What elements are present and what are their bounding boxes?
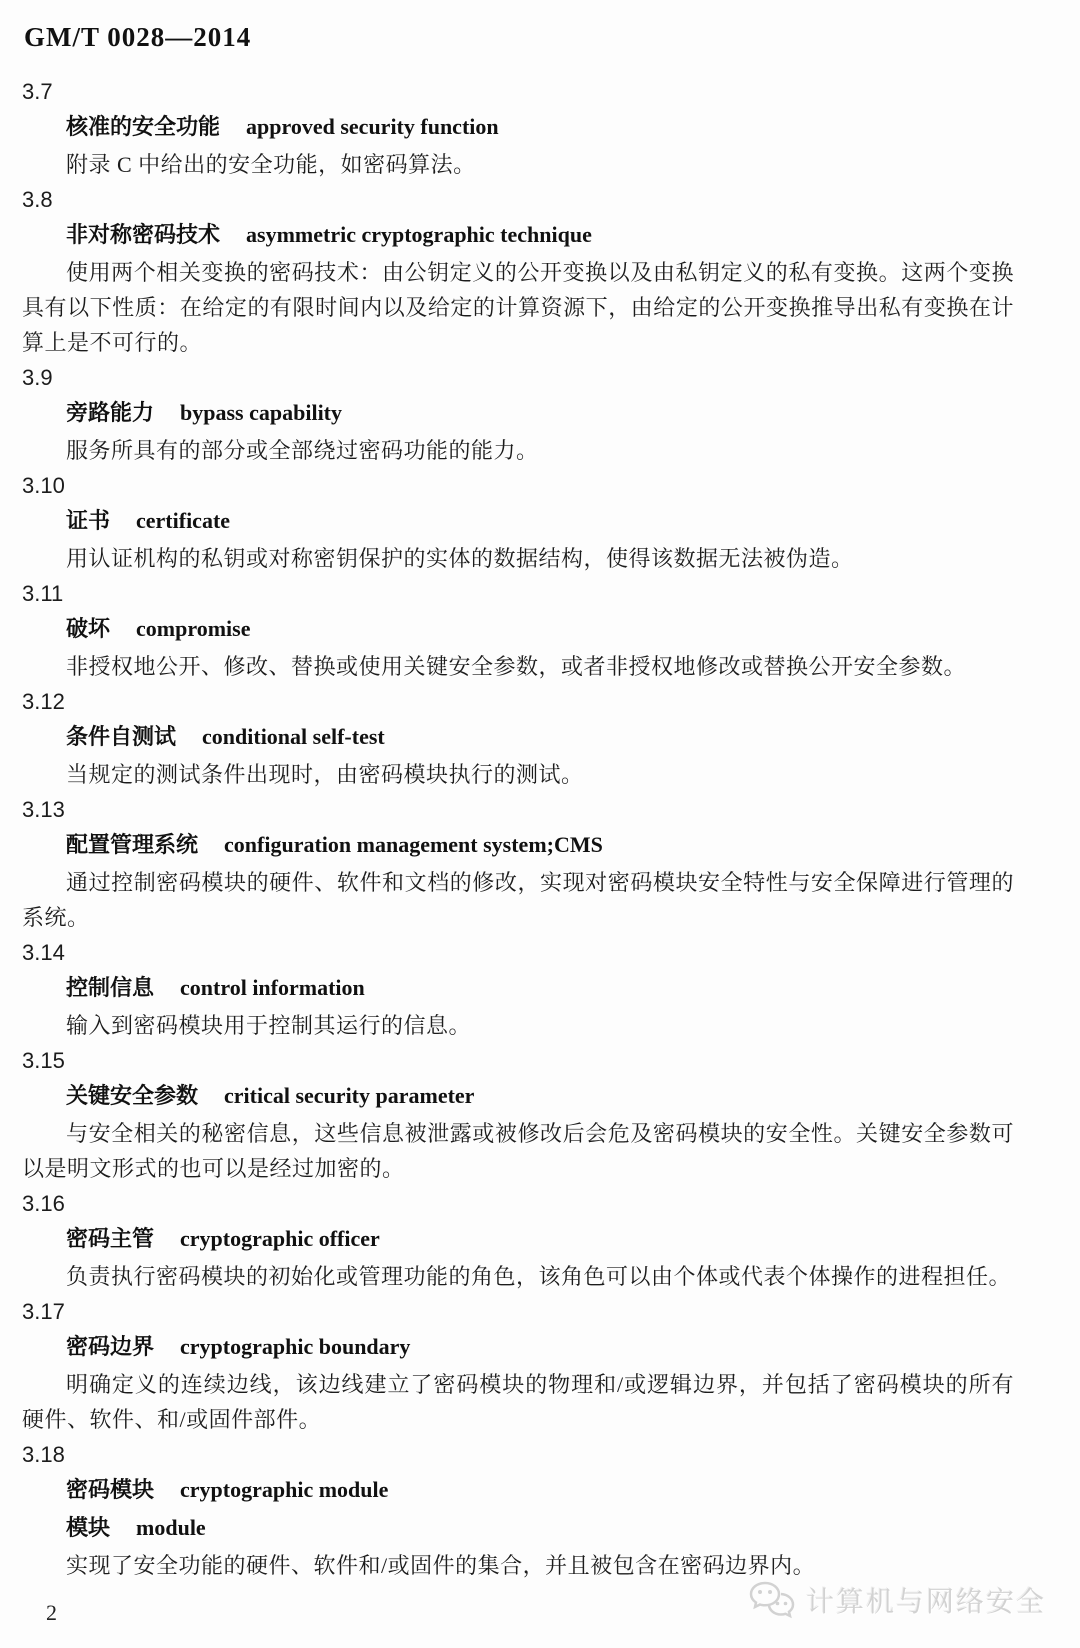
terms-and-definitions-list: 3.7核准的安全功能approved security function附录 C…: [22, 74, 1014, 1583]
term-english: certificate: [136, 508, 230, 533]
term-definition: 负责执行密码模块的初始化或管理功能的角色，该角色可以由个体或代表个体操作的进程担…: [22, 1259, 1014, 1294]
term-definition: 输入到密码模块用于控制其运行的信息。: [22, 1008, 1014, 1043]
term-chinese: 关键安全参数: [66, 1083, 198, 1108]
section-number: 3.14: [22, 935, 1014, 970]
term-line: 条件自测试conditional self-test: [22, 719, 1014, 757]
term-section: 3.9旁路能力bypass capability服务所具有的部分或全部绕过密码功…: [22, 360, 1014, 468]
section-number: 3.12: [22, 684, 1014, 719]
term-line: 配置管理系统configuration management system;CM…: [22, 827, 1014, 865]
term-section: 3.15关键安全参数critical security parameter与安全…: [22, 1043, 1014, 1186]
term-section: 3.13配置管理系统configuration management syste…: [22, 792, 1014, 935]
term-section: 3.12条件自测试conditional self-test当规定的测试条件出现…: [22, 684, 1014, 792]
section-number: 3.17: [22, 1294, 1014, 1329]
section-number: 3.13: [22, 792, 1014, 827]
term-definition: 实现了安全功能的硬件、软件和/或固件的集合，并且被包含在密码边界内。: [22, 1548, 1014, 1583]
term-line: 密码主管cryptographic officer: [22, 1221, 1014, 1259]
term-chinese: 密码边界: [66, 1334, 154, 1359]
term-chinese: 模块: [66, 1515, 110, 1540]
term-section: 3.11破坏compromise非授权地公开、修改、替换或使用关键安全参数，或者…: [22, 576, 1014, 684]
term-english: conditional self-test: [202, 724, 385, 749]
term-definition: 用认证机构的私钥或对称密钥保护的实体的数据结构，使得该数据无法被伪造。: [22, 541, 1014, 576]
term-definition: 明确定义的连续边线，该边线建立了密码模块的物理和/或逻辑边界，并包括了密码模块的…: [22, 1367, 1014, 1437]
term-english: cryptographic module: [180, 1477, 388, 1502]
term-english: critical security parameter: [224, 1083, 474, 1108]
term-line: 模块module: [22, 1510, 1014, 1548]
term-definition: 与安全相关的秘密信息，这些信息被泄露或被修改后会危及密码模块的安全性。关键安全参…: [22, 1116, 1014, 1186]
term-line: 密码模块cryptographic module: [22, 1472, 1014, 1510]
term-line: 非对称密码技术asymmetric cryptographic techniqu…: [22, 217, 1014, 255]
term-line: 旁路能力bypass capability: [22, 395, 1014, 433]
term-definition: 服务所具有的部分或全部绕过密码功能的能力。: [22, 433, 1014, 468]
wechat-chat-bubbles-icon: [748, 1580, 796, 1620]
term-chinese: 证书: [66, 508, 110, 533]
term-chinese: 旁路能力: [66, 400, 154, 425]
section-number: 3.16: [22, 1186, 1014, 1221]
term-section: 3.16密码主管cryptographic officer负责执行密码模块的初始…: [22, 1186, 1014, 1294]
term-definition: 附录 C 中给出的安全功能，如密码算法。: [22, 147, 1014, 182]
term-definition: 非授权地公开、修改、替换或使用关键安全参数，或者非授权地修改或替换公开安全参数。: [22, 649, 1014, 684]
section-number: 3.11: [22, 576, 1014, 611]
term-section: 3.17密码边界cryptographic boundary明确定义的连续边线，…: [22, 1294, 1014, 1437]
term-section: 3.7核准的安全功能approved security function附录 C…: [22, 74, 1014, 182]
term-chinese: 破坏: [66, 616, 110, 641]
section-number: 3.15: [22, 1043, 1014, 1078]
term-section: 3.10证书certificate用认证机构的私钥或对称密钥保护的实体的数据结构…: [22, 468, 1014, 576]
term-chinese: 密码模块: [66, 1477, 154, 1502]
term-english: approved security function: [246, 114, 499, 139]
section-number: 3.18: [22, 1437, 1014, 1472]
term-chinese: 密码主管: [66, 1226, 154, 1251]
section-number: 3.9: [22, 360, 1014, 395]
watermark: 计算机与网络安全: [748, 1580, 1046, 1620]
section-number: 3.8: [22, 182, 1014, 217]
section-number: 3.10: [22, 468, 1014, 503]
term-english: bypass capability: [180, 400, 342, 425]
section-number: 3.7: [22, 74, 1014, 109]
term-english: cryptographic boundary: [180, 1334, 410, 1359]
term-english: module: [136, 1515, 206, 1540]
standard-code-header: GM/T 0028—2014: [24, 22, 251, 53]
term-chinese: 非对称密码技术: [66, 222, 220, 247]
term-line: 关键安全参数critical security parameter: [22, 1078, 1014, 1116]
term-definition: 使用两个相关变换的密码技术：由公钥定义的公开变换以及由私钥定义的私有变换。这两个…: [22, 255, 1014, 360]
watermark-label: 计算机与网络安全: [806, 1580, 1046, 1620]
document-page: GM/T 0028—2014 3.7核准的安全功能approved securi…: [0, 0, 1080, 1648]
term-english: compromise: [136, 616, 250, 641]
term-chinese: 条件自测试: [66, 724, 176, 749]
term-section: 3.18密码模块cryptographic module模块module实现了安…: [22, 1437, 1014, 1583]
term-section: 3.14控制信息control information输入到密码模块用于控制其运…: [22, 935, 1014, 1043]
term-english: cryptographic officer: [180, 1226, 380, 1251]
term-line: 核准的安全功能approved security function: [22, 109, 1014, 147]
term-line: 破坏compromise: [22, 611, 1014, 649]
term-line: 证书certificate: [22, 503, 1014, 541]
term-definition: 当规定的测试条件出现时，由密码模块执行的测试。: [22, 757, 1014, 792]
term-english: configuration management system;CMS: [224, 832, 603, 857]
term-definition: 通过控制密码模块的硬件、软件和文档的修改，实现对密码模块安全特性与安全保障进行管…: [22, 865, 1014, 935]
term-line: 密码边界cryptographic boundary: [22, 1329, 1014, 1367]
term-chinese: 核准的安全功能: [66, 114, 220, 139]
term-line: 控制信息control information: [22, 970, 1014, 1008]
term-english: asymmetric cryptographic technique: [246, 222, 592, 247]
term-section: 3.8非对称密码技术asymmetric cryptographic techn…: [22, 182, 1014, 360]
term-english: control information: [180, 975, 365, 1000]
term-chinese: 控制信息: [66, 975, 154, 1000]
term-chinese: 配置管理系统: [66, 832, 198, 857]
page-number: 2: [46, 1600, 57, 1626]
